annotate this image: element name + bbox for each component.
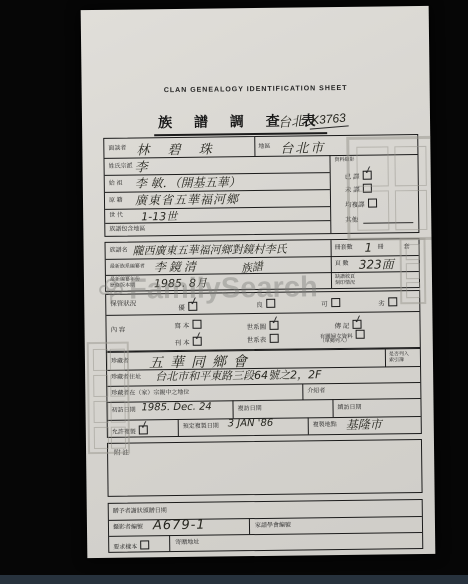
content-printed-label: 刊 本	[175, 340, 190, 347]
generations-label: 世 代	[109, 213, 123, 219]
microfilm-option-2: 未 譯	[345, 184, 372, 194]
microfilm-option-1: 已 譯✓	[345, 168, 381, 181]
english-header: CLAN GENEALOGY IDENTIFICATION SHEET	[82, 84, 430, 95]
area-label: 地區	[258, 144, 270, 150]
pages-value: 323面	[359, 255, 394, 272]
copy-place-value: 基隆市	[346, 415, 382, 432]
ancestor-value: 李 敏．（開基五華）	[135, 173, 241, 191]
missing-label-line2: 刻印情況	[335, 281, 355, 287]
divider	[249, 518, 250, 534]
microfilm-option-3: 均複譯	[345, 199, 377, 209]
book-title-label: 族譜名	[110, 248, 128, 254]
page-number: K3763	[309, 110, 349, 129]
condition-fair-label: 可	[321, 301, 328, 308]
volumes-value: 1	[365, 241, 373, 255]
checkbox	[266, 299, 275, 308]
origin-value: 廣東省五華福河鄉	[135, 190, 239, 208]
mail-address-label: 寄贈地址	[175, 540, 199, 546]
followup-visit-label: 續訪日期	[338, 405, 362, 411]
film-strip	[0, 575, 468, 584]
checkbox	[367, 199, 376, 208]
compiler-value: 李鏡清	[154, 258, 199, 276]
microfilm-option-2-label: 未 譯	[345, 187, 360, 194]
divider	[302, 383, 303, 399]
info-table: 面談者 林 碧 珠 地區 台北市 姓氏宗派 李 始 祖 李 敏．（開基五華） 原…	[103, 134, 419, 237]
microfilm-option-3-label: 均複譯	[345, 202, 365, 209]
photographer-number-label: 攝影者編號	[113, 524, 143, 530]
admin-table: 贈予者謝狀頒贈日期 攝影者編號 A679-1 家譜學會編號 要求樣本 寄贈地址	[108, 499, 424, 553]
content-label: 內 容	[111, 328, 126, 334]
divider	[254, 137, 255, 156]
photographer-number-value: A679-1	[153, 518, 206, 534]
microfilm-option-1-label: 已 譯	[345, 174, 360, 181]
keep-label: 保管狀況	[110, 301, 136, 307]
interviewee-label: 面談者	[108, 146, 126, 152]
content-lineage-table-label: 世系表	[247, 337, 267, 344]
condition-table: 保管狀況 優✓ 良 可 劣 內 容 寫 本 世系圖✓ 傳 記✓	[105, 290, 421, 352]
check-mark: ✓	[362, 163, 374, 178]
content-lineage-table: 世系表	[247, 334, 279, 344]
checkbox	[192, 320, 201, 329]
volumes-label: 冊套數	[335, 245, 353, 251]
origin-label: 原 籍	[109, 198, 123, 204]
compiler-label: 最新族系編纂者	[110, 264, 145, 270]
divider	[385, 349, 386, 366]
check-mark: ✓	[352, 312, 364, 327]
copy-place-label: 複製地點	[313, 422, 337, 428]
area-value: 台北市	[280, 137, 325, 157]
sample-request: 要求樣本	[113, 540, 149, 550]
divider	[178, 419, 179, 436]
compiler-note-value: 族譜	[240, 258, 264, 276]
copy-permission-label: 允許複製	[112, 430, 136, 436]
generations-value: 1-13世	[141, 208, 177, 224]
donor-certificate-label: 贈予者謝狀頒贈日期	[113, 508, 167, 515]
document-page: CLAN GENEALOGY IDENTIFICATION SHEET 族 譜 …	[81, 6, 436, 558]
first-visit-label: 初訪日期	[112, 408, 136, 414]
condition-excellent: 優✓	[178, 300, 206, 313]
remarks-box: 附 註	[107, 439, 423, 497]
blank-line	[363, 222, 413, 224]
pages-label: 頁 數	[335, 261, 349, 267]
holder-position-label: 珍藏者在（家）宗親中之地位	[111, 390, 189, 397]
checkbox	[356, 330, 365, 339]
second-visit-label: 複訪日期	[238, 406, 262, 412]
checkbox	[331, 298, 340, 307]
first-visit-value: 1985. Dec. 24	[141, 402, 211, 414]
year-label-line2: 歷修版本期	[110, 284, 135, 290]
checkbox	[269, 334, 278, 343]
divider	[169, 535, 170, 551]
surname-value: 李	[134, 156, 147, 175]
page-city: 台北	[278, 113, 305, 130]
coverage-label: 族譜包含地區	[109, 226, 145, 232]
divider	[105, 220, 330, 224]
divider	[308, 417, 309, 434]
content-women-note: （單獨列入）	[320, 339, 350, 345]
volume-unit2-label: 套	[404, 244, 410, 250]
condition-excellent-label: 優	[178, 305, 185, 312]
holder-address-value: 台北市和平東路三段64號之2，2F	[155, 366, 322, 384]
checkbox	[363, 184, 372, 193]
book-table: 族譜名 隴西廣東五華福河鄉對鏡村李氏 冊套數 1 冊 套 最新族系編纂者 李鏡清…	[104, 238, 420, 292]
condition-good: 良	[256, 299, 275, 309]
microfilm-other-label: 其他	[345, 215, 358, 224]
handwritten-page-number: 台北K3763	[277, 106, 348, 132]
introducer-label: 介紹者	[307, 388, 325, 394]
check-mark: ✓	[192, 329, 204, 344]
book-title-value: 隴西廣東五華福河鄉對鏡村李氏	[133, 241, 287, 259]
condition-fair: 可	[321, 298, 340, 308]
divider	[232, 400, 233, 418]
condition-good-label: 良	[256, 302, 263, 309]
checkbox	[388, 297, 397, 306]
checkbox	[140, 540, 149, 549]
year-value: 1985. 8月	[154, 275, 207, 292]
remarks-label: 附 註	[114, 451, 129, 457]
divider	[329, 155, 331, 233]
copy-date-value: 3 JAN '86	[228, 418, 274, 430]
holder-table: 珍藏者 五華同鄉會 是否列入 索引簿 珍藏者住址 台北市和平東路三段64號之2，…	[106, 348, 422, 438]
condition-poor: 劣	[378, 297, 397, 307]
microfilm-title: 資料縮影	[334, 158, 354, 164]
content-manuscript: 寫 本	[174, 320, 201, 330]
microfilm-photo: CLAN GENEALOGY IDENTIFICATION SHEET 族 譜 …	[0, 0, 468, 584]
content-lineage-chart-label: 世系圖	[247, 324, 267, 331]
copy-permission: 允許複製✓	[112, 423, 157, 437]
sample-request-label: 要求樣本	[113, 544, 137, 550]
holder-label: 珍藏者	[111, 359, 129, 365]
listed-label-line2: 索引簿	[389, 358, 404, 364]
divider	[332, 399, 333, 417]
interviewee-value: 林 碧 珠	[136, 138, 218, 158]
surname-label: 姓氏宗派	[109, 164, 133, 170]
ancestor-label: 始 祖	[109, 181, 123, 187]
condition-poor-label: 劣	[378, 300, 385, 307]
society-number-label: 家譜學會編號	[255, 523, 291, 529]
holder-address-label: 珍藏者住址	[111, 374, 141, 380]
content-lineage-chart: 世系圖✓	[246, 319, 287, 332]
divider	[106, 311, 419, 316]
content-manuscript-label: 寫 本	[174, 323, 189, 330]
copy-date-label: 預定複製日期	[183, 423, 219, 429]
volume-unit1-label: 冊	[378, 244, 384, 250]
content-printed: 刊 本✓	[175, 335, 211, 348]
divider	[330, 240, 332, 288]
